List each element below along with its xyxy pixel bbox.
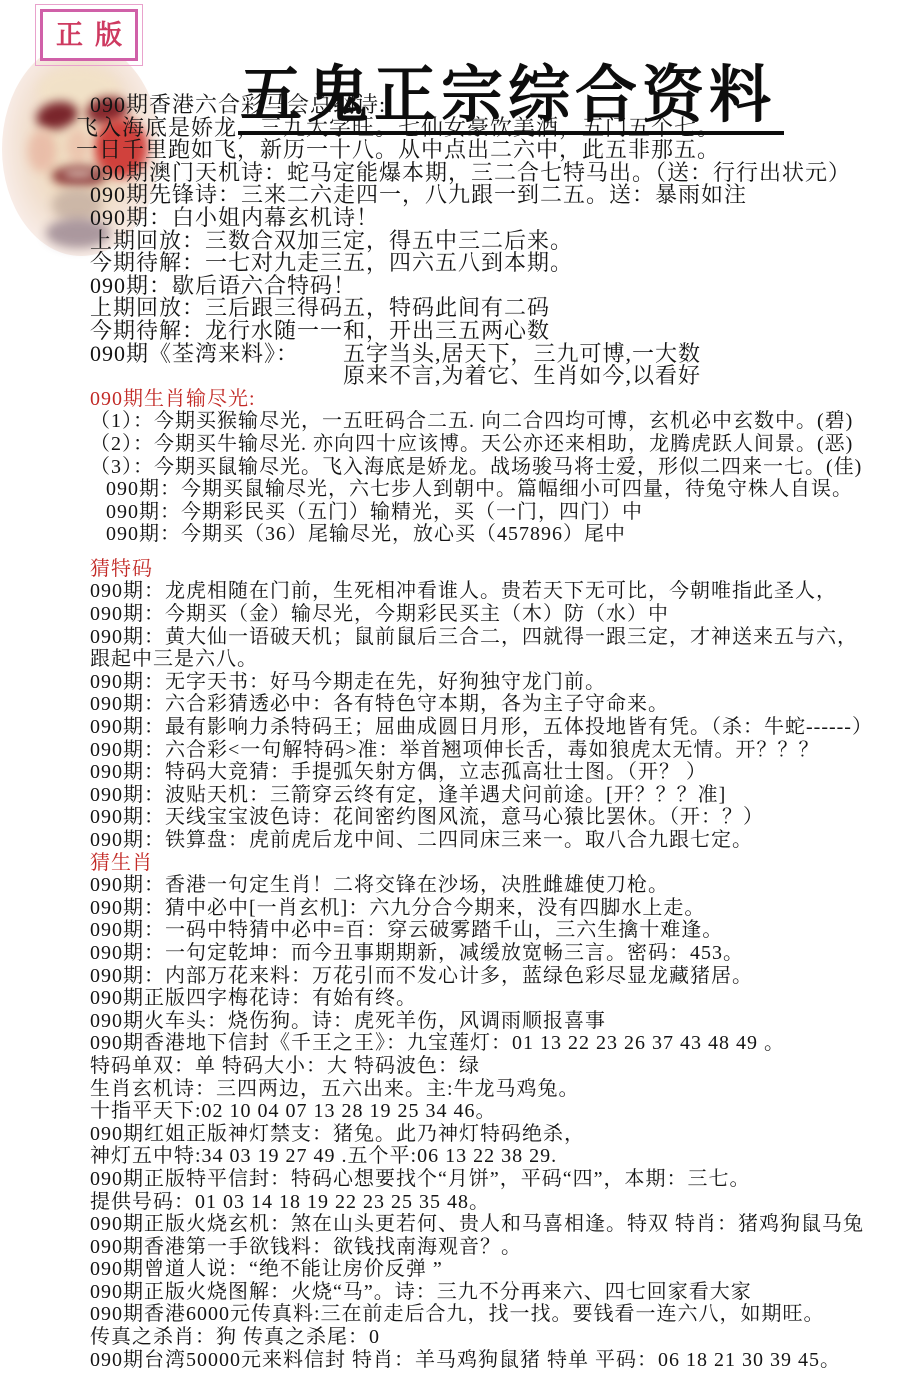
text-line: 神灯五中特:34 03 19 27 49 .五个平:06 13 22 38 29… bbox=[0, 1145, 900, 1168]
text-line: 今期待解：龙行水随一一和，开出三五两心数 bbox=[0, 320, 900, 343]
text-line: 今期待解：一七对九走三五，四六五八到本期。 bbox=[0, 252, 900, 275]
text-line: 090期先锋诗：三来二六走四一，八九跟一到二五。送：暴雨如注 bbox=[0, 184, 900, 207]
text-line: 090期火车头：烧伤狗。诗：虎死羊伤，风调雨顺报喜事 bbox=[0, 1010, 900, 1033]
text-line: 090期香港第一手欲钱料：欲钱找南海观音？。 bbox=[0, 1236, 900, 1259]
section-heading: 猜特码 bbox=[0, 558, 900, 581]
text-line: 十指平天下:02 10 04 07 13 28 19 25 34 46。 bbox=[0, 1100, 900, 1123]
stack-line: 原来不言,为着它、生肖如今,以看好 bbox=[343, 365, 701, 388]
text-line: 上期回放：三数合双加三定，得五中三二后来。 bbox=[0, 230, 900, 253]
text-line: 090期：铁算盘：虎前虎后龙中间、二四同床三来一。取八合九跟七定。 bbox=[0, 829, 900, 852]
text-line: （2）：今期买牛输尽光. 亦向四十应该博。天公亦还来相助，龙腾虎跃人间景。(恶) bbox=[0, 433, 900, 456]
text-line: 090期：今期买（36）尾输尽光，放心买（457896）尾中 bbox=[0, 523, 900, 546]
line-stack: 五字当头,居天下，三九可博,一大数原来不言,为着它、生肖如今,以看好 bbox=[343, 343, 701, 388]
text-line: 090期：一句定乾坤：而今丑事期期新，减缓放宽畅三言。密码：453。 bbox=[0, 942, 900, 965]
text-line: 090期：猜中必中[一肖玄机]：六九分合今期来，没有四脚水上走。 bbox=[0, 897, 900, 920]
text-line: 特码单双：单 特码大小：大 特码波色：绿 bbox=[0, 1055, 900, 1078]
text-line: 提供号码：01 03 14 18 19 22 23 25 35 48。 bbox=[0, 1191, 900, 1214]
text-line: 传真之杀肖：狗 传真之杀尾：0 bbox=[0, 1326, 900, 1349]
text-line: 090期香港6000元传真料:三在前走后合九，找一找。要钱看一连六八，如期旺。 bbox=[0, 1303, 900, 1326]
text-line: 090期：六合彩<一句解特码>准：举首翘项伸长舌，毒如狼虎太无情。开？？？ bbox=[0, 739, 900, 762]
text-line: 090期：六合彩猜透必中：各有特色守本期，各为主子守命来。 bbox=[0, 693, 900, 716]
stack-line: 五字当头,居天下，三九可博,一大数 bbox=[343, 343, 701, 366]
text-line: （1）：今期买猴输尽光，一五旺码合二五. 向二合四均可博，玄机必中玄数中。(碧) bbox=[0, 410, 900, 433]
text-line: 090期正版四字梅花诗：有始有终。 bbox=[0, 987, 900, 1010]
text-line: 090期：今期彩民买（五门）输精光，买（一门，四门）中 bbox=[0, 501, 900, 524]
page: 正版 五鬼正宗综合资料 090期香港六合彩马会总纲诗:飞入海底是娇龙，三九大字旺… bbox=[0, 0, 900, 1381]
text-line: 090期：最有影响力杀特码王；屈曲成圆日月形，五体投地皆有凭。（杀：牛蛇----… bbox=[0, 716, 900, 739]
text-line: 090期香港地下信封《千王之王》：九宝莲灯：01 13 22 23 26 37 … bbox=[0, 1032, 900, 1055]
text-line: 090期台湾50000元来料信封 特肖：羊马鸡狗鼠猪 特单 平码：06 18 2… bbox=[0, 1349, 900, 1372]
text-line: 090期：龙虎相随在门前，生死相冲看谁人。贵若天下无可比，今朝唯指此圣人， bbox=[0, 580, 900, 603]
text-line: 090期《荃湾来料》：五字当头,居天下，三九可博,一大数原来不言,为着它、生肖如… bbox=[0, 343, 900, 388]
text-line: 上期回放：三后跟三得码五，特码此间有二码 bbox=[0, 297, 900, 320]
text-line: 090期：白小姐内幕玄机诗！ bbox=[0, 207, 900, 230]
page-title: 五鬼正宗综合资料 bbox=[238, 64, 784, 135]
text-line: 090期：波贴天机：三箭穿云终有定，逢羊遇犬问前途。[开？？？准] bbox=[0, 784, 900, 807]
text-line: 090期正版火烧玄机：煞在山头更若何、贵人和马喜相逢。特双 特肖：猪鸡狗鼠马兔 bbox=[0, 1213, 900, 1236]
text-line: 生肖玄机诗：三四两边，五六出来。主:牛龙马鸡兔。 bbox=[0, 1078, 900, 1101]
text-line: 090期：香港一句定生肖！二将交锋在沙场，决胜雌雄使刀枪。 bbox=[0, 874, 900, 897]
text-line: 090期曾道人说：“绝不能让房价反弹 ” bbox=[0, 1258, 900, 1281]
text-line: 090期：内部万花来料：万花引而不发心计多，蓝绿色彩尽显龙藏猪居。 bbox=[0, 965, 900, 988]
text-line: （3）：今期买鼠输尽光。飞入海底是娇龙。战场骏马将士爱，形似二四来一七。(佳) bbox=[0, 456, 900, 479]
authentic-badge: 正版 bbox=[40, 9, 138, 61]
text-line: 090期：特码大竞猜：手提弧矢射方偶，立志孤高壮士图。（开？ ） bbox=[0, 761, 900, 784]
text-line: 090期：黄大仙一语破天机；鼠前鼠后三合二，四就得一跟三定，才神送来五与六， bbox=[0, 626, 900, 649]
text-line: 一日千里跑如飞，新历一十八。从中点出二六中，此五非那五。 bbox=[0, 139, 900, 162]
section-heading: 090期生肖输尽光: bbox=[0, 388, 900, 411]
section-heading: 猜生肖 bbox=[0, 852, 900, 875]
text-line: 090期正版特平信封：特码心想要找个“月饼”，平码“四”，本期：三七。 bbox=[0, 1168, 900, 1191]
text-line: 跟起中三是六八。 bbox=[0, 648, 900, 671]
text-line: 090期正版火烧图解：火烧“马”。诗：三九不分再来六、四七回家看大家 bbox=[0, 1281, 900, 1304]
content-lines: 090期香港六合彩马会总纲诗:飞入海底是娇龙，三九大字旺。七仙女豪饮美酒，五门五… bbox=[0, 94, 900, 1371]
text-line: 090期：一码中特猜中必中=百：穿云破雾踏千山，三六生擒十难逢。 bbox=[0, 919, 900, 942]
text-line: 090期：歇后语六合特码！ bbox=[0, 275, 900, 298]
badge-label: 正版 bbox=[44, 22, 134, 49]
line-label: 090期《荃湾来料》： bbox=[90, 341, 299, 366]
text-line: 090期：无字天书：好马今期走在先，好狗独守龙门前。 bbox=[0, 671, 900, 694]
text-line: 090期：天线宝宝波色诗：花间密约图风流，意马心猿比罢休。（开：？） bbox=[0, 806, 900, 829]
text-line: 090期红姐正版神灯禁支：猪兔。此乃神灯特码绝杀， bbox=[0, 1123, 900, 1146]
text-line: 090期：今期买（金）输尽光，今期彩民买主（木）防（水）中 bbox=[0, 603, 900, 626]
text-line: 090期：今期买鼠输尽光，六七步人到朝中。篇幅细小可四量，待兔守株人自误。 bbox=[0, 478, 900, 501]
text-line: 090期澳门天机诗：蛇马定能爆本期，三二合七特马出。（送：行行出状元） bbox=[0, 162, 900, 185]
